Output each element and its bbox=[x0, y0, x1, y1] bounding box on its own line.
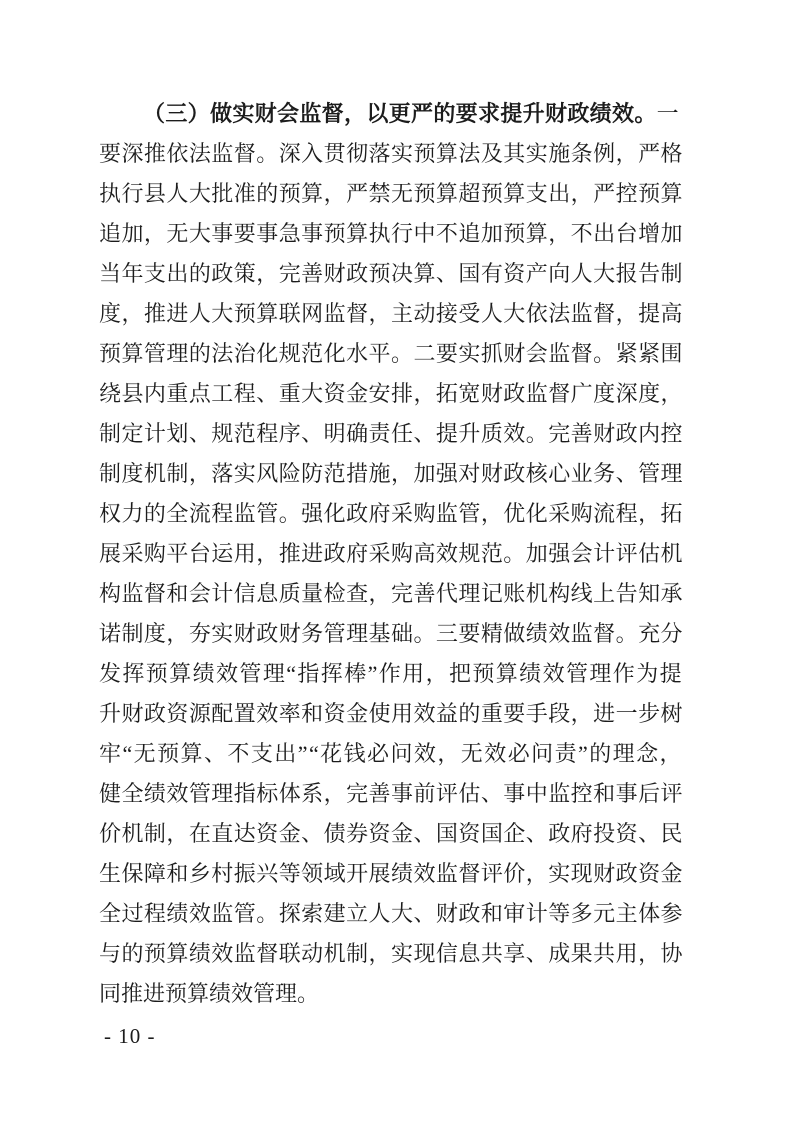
paragraph-line: 全过程绩效监管。探索建立人大、财政和审计等多元主体参 bbox=[99, 894, 683, 934]
line-text: 度，推进人大预算联网监督，主动接受人大依法监督，提高 bbox=[99, 301, 683, 326]
paragraph-line: 健全绩效管理指标体系，完善事前评估、事中监控和事后评 bbox=[99, 774, 683, 814]
paragraph-line: 发挥预算绩效管理“指挥棒”作用，把预算绩效管理作为提 bbox=[99, 654, 683, 694]
paragraph-line: 预算管理的法治化规范化水平。二要实抓财会监督。紧紧围 bbox=[99, 334, 683, 374]
paragraph-line: 升财政资源配置效率和资金使用效益的重要手段，进一步树 bbox=[99, 694, 683, 734]
line-text: 预算管理的法治化规范化水平。二要实抓财会监督。紧紧围 bbox=[99, 341, 683, 366]
line-text: 构监督和会计信息质量检查，完善代理记账机构线上告知承 bbox=[99, 581, 683, 606]
line-text: 价机制，在直达资金、债券资金、国资国企、政府投资、民 bbox=[99, 821, 683, 846]
line-text: 与的预算绩效监督联动机制，实现信息共享、成果共用，协 bbox=[99, 941, 683, 966]
paragraph-line: 生保障和乡村振兴等领域开展绩效监督评价，实现财政资金 bbox=[99, 854, 683, 894]
line-text: 全过程绩效监管。探索建立人大、财政和审计等多元主体参 bbox=[99, 901, 683, 926]
paragraph-line: 与的预算绩效监督联动机制，实现信息共享、成果共用，协 bbox=[99, 934, 683, 974]
paragraph-line-last: 同推进预算绩效管理。 bbox=[99, 974, 683, 1014]
line-text: 同推进预算绩效管理。 bbox=[99, 981, 319, 1006]
paragraph-line: 制定计划、规范程序、明确责任、提升质效。完善财政内控 bbox=[99, 414, 683, 454]
line-text: 牢“无预算、不支出”“花钱必问效，无效必问责”的理念， bbox=[99, 741, 683, 766]
section-heading-bold: （三）做实财会监督，以更严的要求提升财政绩效。 bbox=[143, 101, 657, 126]
line-text: 升财政资源配置效率和资金使用效益的重要手段，进一步树 bbox=[99, 701, 683, 726]
paragraph-line: 执行县人大批准的预算，严禁无预算超预算支出，严控预算 bbox=[99, 174, 683, 214]
line-text: 追加，无大事要事急事预算执行中不追加预算，不出台增加 bbox=[99, 221, 683, 246]
paragraph-line: 展采购平台运用，推进政府采购高效规范。加强会计评估机 bbox=[99, 534, 683, 574]
line-text: 权力的全流程监管。强化政府采购监管，优化采购流程，拓 bbox=[99, 501, 683, 526]
paragraph-line: 构监督和会计信息质量检查，完善代理记账机构线上告知承 bbox=[99, 574, 683, 614]
document-body: （三）做实财会监督，以更严的要求提升财政绩效。一 要深推依法监督。深入贯彻落实预… bbox=[99, 94, 683, 1014]
paragraph-line: 权力的全流程监管。强化政府采购监管，优化采购流程，拓 bbox=[99, 494, 683, 534]
paragraph-line: 绕县内重点工程、重大资金安排，拓宽财政监督广度深度， bbox=[99, 374, 683, 414]
page-number: - 10 - bbox=[104, 1022, 156, 1050]
paragraph-line: 当年支出的政策，完善财政预决算、国有资产向人大报告制 bbox=[99, 254, 683, 294]
paragraph-line: 诺制度，夯实财政财务管理基础。三要精做绩效监督。充分 bbox=[99, 614, 683, 654]
paragraph-line: （三）做实财会监督，以更严的要求提升财政绩效。一 bbox=[99, 94, 683, 134]
heading-tail-text: 一 bbox=[657, 101, 679, 126]
line-text: 发挥预算绩效管理“指挥棒”作用，把预算绩效管理作为提 bbox=[99, 661, 683, 686]
line-text: 制度机制，落实风险防范措施，加强对财政核心业务、管理 bbox=[99, 461, 683, 486]
paragraph-line: 度，推进人大预算联网监督，主动接受人大依法监督，提高 bbox=[99, 294, 683, 334]
paragraph-line: 制度机制，落实风险防范措施，加强对财政核心业务、管理 bbox=[99, 454, 683, 494]
line-text: 当年支出的政策，完善财政预决算、国有资产向人大报告制 bbox=[99, 261, 683, 286]
paragraph-line: 要深推依法监督。深入贯彻落实预算法及其实施条例，严格 bbox=[99, 134, 683, 174]
line-text: 绕县内重点工程、重大资金安排，拓宽财政监督广度深度， bbox=[99, 381, 683, 406]
line-text: 健全绩效管理指标体系，完善事前评估、事中监控和事后评 bbox=[99, 781, 683, 806]
paragraph-line: 追加，无大事要事急事预算执行中不追加预算，不出台增加 bbox=[99, 214, 683, 254]
line-text: 生保障和乡村振兴等领域开展绩效监督评价，实现财政资金 bbox=[99, 861, 683, 886]
paragraph-line: 牢“无预算、不支出”“花钱必问效，无效必问责”的理念， bbox=[99, 734, 683, 774]
paragraph-line: 价机制，在直达资金、债券资金、国资国企、政府投资、民 bbox=[99, 814, 683, 854]
line-text: 要深推依法监督。深入贯彻落实预算法及其实施条例，严格 bbox=[99, 141, 683, 166]
line-text: 制定计划、规范程序、明确责任、提升质效。完善财政内控 bbox=[99, 421, 683, 446]
document-page: （三）做实财会监督，以更严的要求提升财政绩效。一 要深推依法监督。深入贯彻落实预… bbox=[0, 0, 793, 1122]
line-text: 展采购平台运用，推进政府采购高效规范。加强会计评估机 bbox=[99, 541, 683, 566]
line-text: 执行县人大批准的预算，严禁无预算超预算支出，严控预算 bbox=[99, 181, 683, 206]
line-text: 诺制度，夯实财政财务管理基础。三要精做绩效监督。充分 bbox=[99, 621, 683, 646]
